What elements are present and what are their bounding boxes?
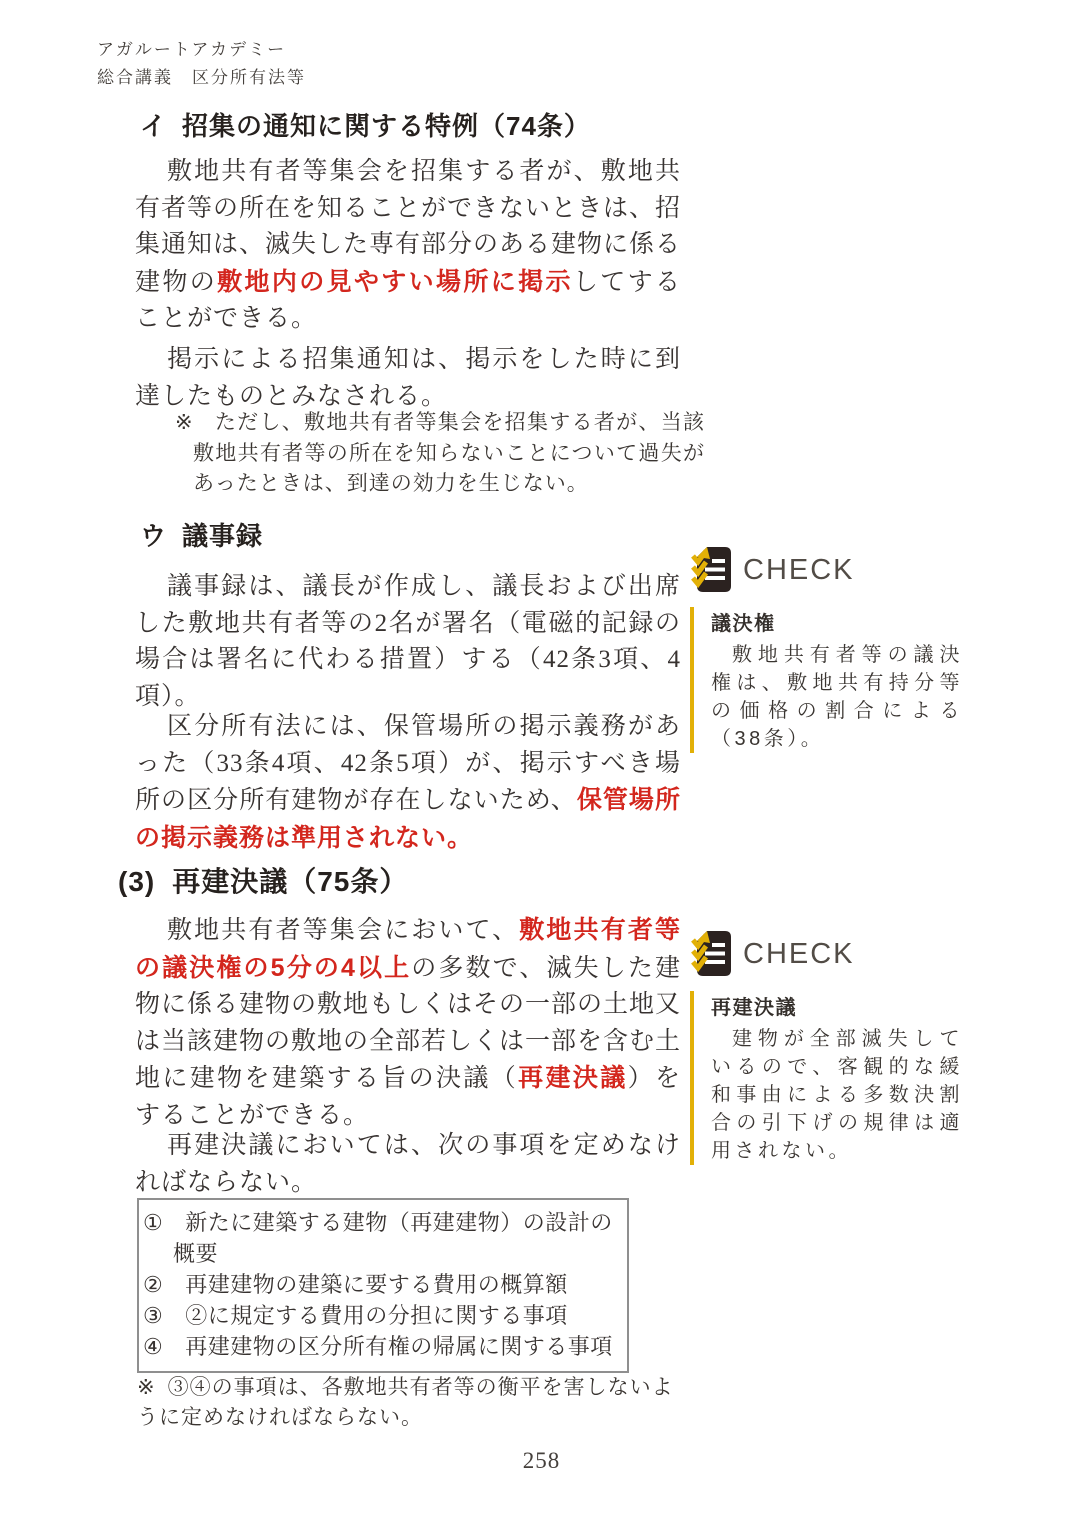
list-item: ②再建建物の建築に要する費用の概算額	[143, 1269, 617, 1300]
check-note: 再建決議 建物が全部滅失しているので、客観的な緩和事由による多数決割合の引下げの…	[690, 991, 980, 1165]
check-note-title: 議決権	[711, 607, 980, 636]
item-number: ④	[143, 1334, 163, 1359]
footnote-text: ただし、敷地共有者等集会を招集する者が、当該敷地共有者等の所在を知らないことにつ…	[193, 410, 705, 495]
reference-mark: ※	[137, 1375, 156, 1399]
check-note-body: 敷地共有者等の議決権は、敷地共有持分等の価格の割合による（38条）。	[711, 641, 963, 753]
paragraph-notice-2: 掲示による招集通知は、掲示をした時に到達したものとみなされる。	[135, 342, 681, 415]
item-number: ③	[143, 1303, 163, 1328]
paragraph-rebuild-2: 再建決議においては、次の事項を定めなければならない。	[135, 1128, 681, 1201]
heading-label: ウ	[140, 521, 167, 551]
check-note-body: 建物が全部滅失しているので、客観的な緩和事由による多数決割合の引下げの規律は適用…	[711, 1025, 963, 1165]
paragraph-minutes-1: 議事録は、議長が作成し、議長および出席した敷地共有者等の2名が署名（電磁的記録の…	[135, 569, 681, 715]
check-header: CHECK	[690, 930, 980, 978]
page-number: 258	[0, 1448, 1083, 1474]
paragraph-notice-1: 敷地共有者等集会を招集する者が、敷地共有者等の所在を知ることができないときは、招…	[135, 154, 681, 338]
heading-text: 議事録	[182, 521, 263, 551]
heading-rebuild-resolution: (3)再建決議（75条）	[118, 860, 408, 900]
item-text: ②に規定する費用の分担に関する事項	[185, 1303, 568, 1328]
heading-label: イ	[140, 111, 167, 141]
textbook-page: アガルートアカデミー 総合講義 区分所有法等 イ招集の通知に関する特例（74条）…	[0, 0, 1083, 1536]
paragraph-minutes-2: 区分所有法には、保管場所の掲示義務があった（33条4項、42条5項）が、掲示すべ…	[135, 709, 681, 857]
check-box-rebuild-resolution: CHECK 再建決議 建物が全部滅失しているので、客観的な緩和事由による多数決割…	[690, 930, 980, 1165]
footnote-rebuild: ※③④の事項は、各敷地共有者等の衡平を害しないように定めなければならない。	[137, 1372, 689, 1432]
highlight-red: 敷地内の見やすい場所に掲示	[217, 268, 573, 296]
list-item: ①新たに建築する建物（再建建物）の設計の概要	[143, 1207, 617, 1269]
check-note-title: 再建決議	[711, 991, 980, 1020]
item-text: 新たに建築する建物（再建建物）の設計の概要	[173, 1210, 613, 1266]
heading-text: 再建決議（75条）	[172, 866, 408, 897]
item-number: ②	[143, 1272, 163, 1297]
heading-label: (3)	[118, 866, 155, 897]
highlight-red: 再建決議	[518, 1064, 627, 1092]
item-number: ①	[143, 1210, 163, 1235]
item-text: 再建建物の建築に要する費用の概算額	[185, 1272, 568, 1297]
footnote-text: ③④の事項は、各敷地共有者等の衡平を害しないように定めなければならない。	[137, 1375, 674, 1429]
check-note: 議決権 敷地共有者等の議決権は、敷地共有持分等の価格の割合による（38条）。	[690, 607, 980, 753]
text-run: 敷地共有者等集会において、	[167, 917, 519, 944]
heading-minutes: ウ議事録	[140, 516, 263, 553]
check-document-icon	[690, 546, 734, 594]
heading-notice-special-rule: イ招集の通知に関する特例（74条）	[140, 106, 591, 143]
check-label: CHECK	[743, 554, 855, 587]
check-header: CHECK	[690, 546, 980, 594]
check-box-voting-rights: CHECK 議決権 敷地共有者等の議決権は、敷地共有持分等の価格の割合による（3…	[690, 546, 980, 753]
course-title: 総合講義 区分所有法等	[97, 64, 306, 92]
list-item: ③②に規定する費用の分担に関する事項	[143, 1300, 617, 1331]
reference-mark: ※	[175, 410, 194, 434]
check-document-icon	[690, 930, 734, 978]
footnote-notice: ※ただし、敷地共有者等集会を招集する者が、当該敷地共有者等の所在を知らないことに…	[175, 407, 705, 499]
heading-text: 招集の通知に関する特例（74条）	[182, 111, 591, 141]
paragraph-rebuild-1: 敷地共有者等集会において、敷地共有者等の議決権の5分の4以上の多数で、滅失した建…	[135, 912, 681, 1134]
list-item: ④再建建物の区分所有権の帰属に関する事項	[143, 1331, 617, 1362]
page-header: アガルートアカデミー 総合講義 区分所有法等	[97, 36, 306, 92]
brand-name: アガルートアカデミー	[97, 36, 306, 64]
item-text: 再建建物の区分所有権の帰属に関する事項	[185, 1334, 613, 1359]
resolution-items-box: ①新たに建築する建物（再建建物）の設計の概要 ②再建建物の建築に要する費用の概算…	[137, 1198, 629, 1373]
check-label: CHECK	[743, 938, 855, 971]
